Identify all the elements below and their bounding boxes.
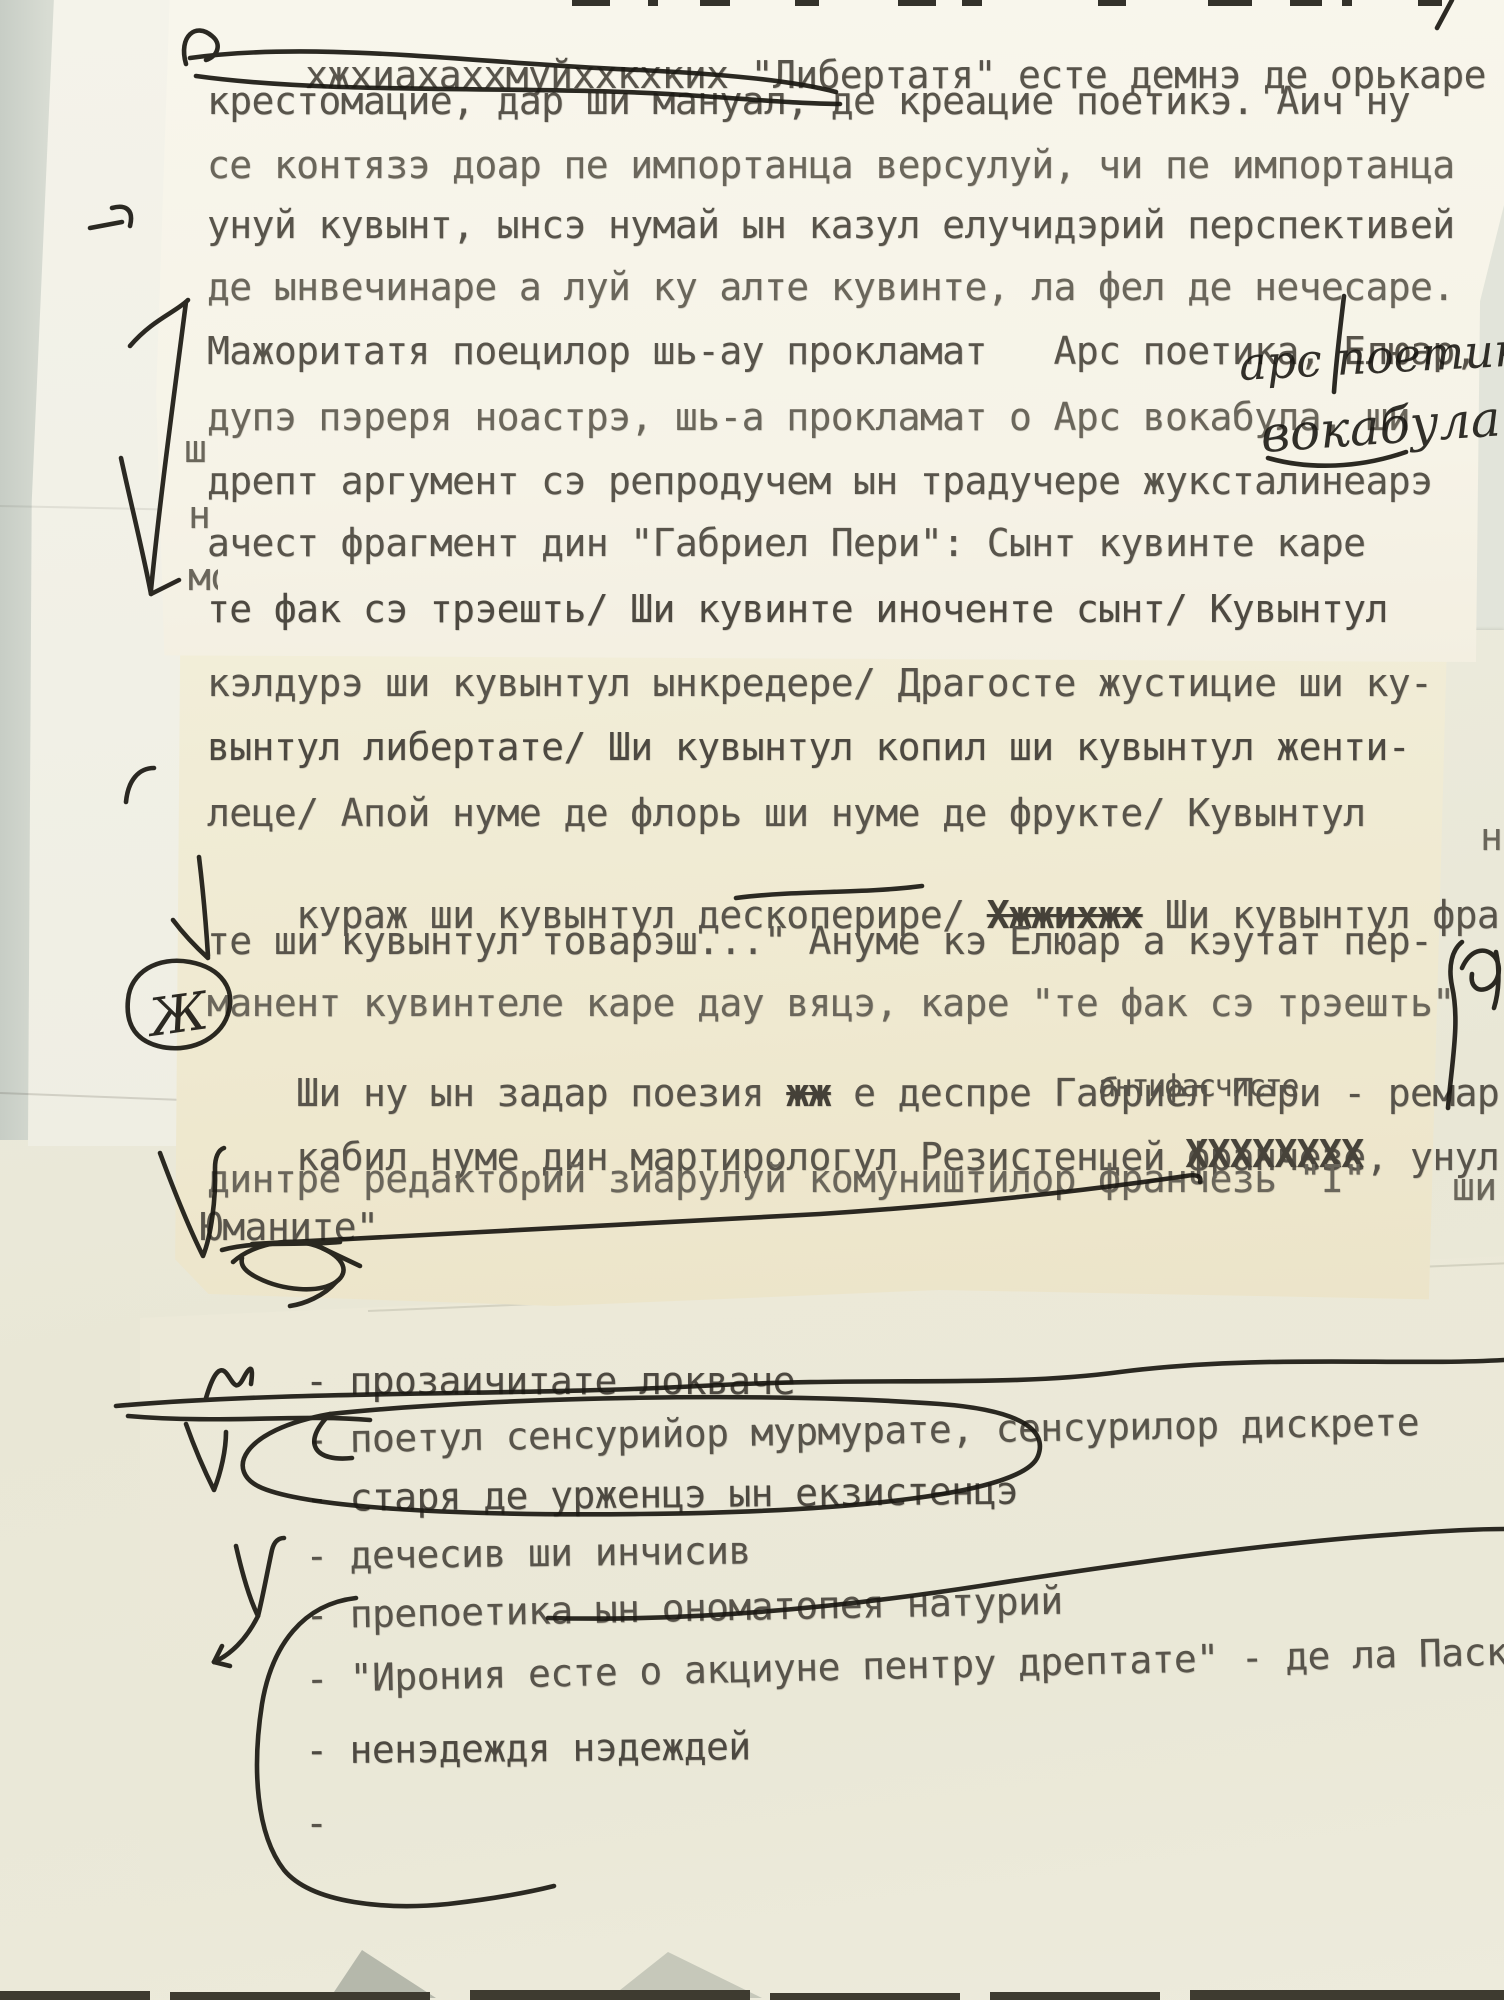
typed-line: се контязэ доар пе импортанца версулуй, …: [207, 146, 1455, 184]
typed-line: динтре редакторий зиарулуй комуништилор …: [207, 1160, 1365, 1198]
list-dash: -: [305, 1801, 327, 1845]
list-item: -ненэдеждя нэдеждей: [216, 1689, 751, 1770]
text-fragment-left: мо: [188, 558, 218, 602]
typed-line: крестомацие, дар ши мануал, де креацие п…: [207, 82, 1410, 120]
typed-line: вынтул либертате/ Ши кувынтул копил ши к…: [207, 728, 1410, 766]
typed-line: дрепт аргумент сэ репродучем ын традучер…: [207, 462, 1432, 500]
typed-line: де ынвечинаре а луй ку алте кувинте, ла …: [207, 268, 1455, 306]
text-fragment-left: ш: [184, 430, 210, 474]
list-item: -: [216, 1766, 349, 1842]
typed-line: ачест фрагмент дин "Габриел Пери": Сынт …: [207, 524, 1365, 562]
fragment-text: н: [188, 496, 214, 534]
typed-line: дупэ пэреря ноастрэ, шь-а прокламат о Ар…: [207, 398, 1410, 436]
typed-line: манент кувинтеле каре дау вяцэ, каре "те…: [207, 984, 1455, 1022]
list-item-text: ненэдеждя нэдеждей: [327, 1724, 750, 1772]
typed-line: Юманите": [200, 1208, 378, 1246]
text-fragment-right: нт: [1480, 818, 1504, 856]
typed-interline-correction: антифасчисте: [1098, 1072, 1298, 1102]
typed-line: те ши кувынтул товарэш..." Ануме кэ Елюа…: [207, 922, 1432, 960]
list-item-text: [327, 1801, 349, 1845]
typed-line: Мажоритатя поецилор шь-ау прокламат Арс …: [207, 332, 1477, 370]
fragment-text: мо: [188, 558, 218, 596]
scanned-manuscript: хжхиахаххмуйххкхких "Либертатя" есте дем…: [0, 0, 1504, 2000]
fragment-text: ш: [184, 430, 210, 468]
typed-line: леце/ Апой нуме де флорь ши нуме де фрук…: [207, 794, 1365, 832]
text-fragment-left: н: [188, 496, 214, 540]
typed-line: те фак сэ трэешть/ Ши кувинте иноченте с…: [207, 590, 1388, 628]
text-fragment-right: ши д: [1452, 1168, 1504, 1206]
typed-line: кэлдурэ ши кувынтул ынкредере/ Драгосте …: [207, 664, 1432, 702]
typed-line: унуй кувынт, ынсэ нумай ын казул елучидэ…: [207, 206, 1455, 244]
